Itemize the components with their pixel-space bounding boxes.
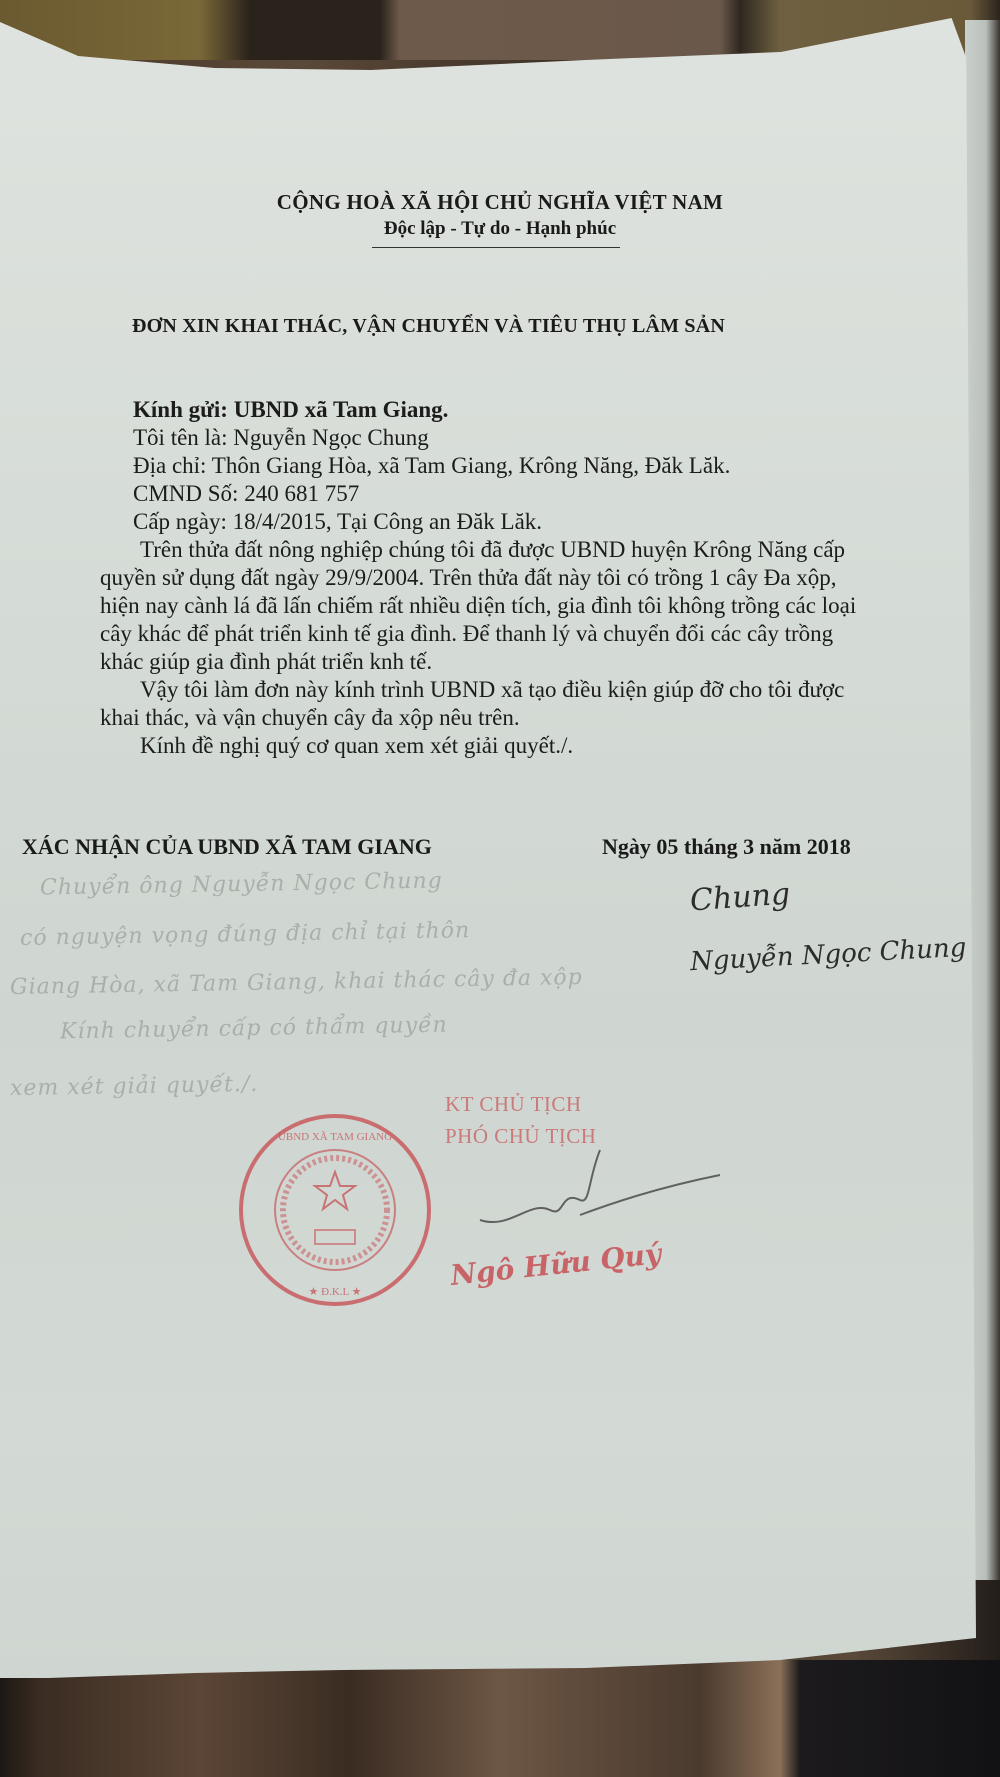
id-issued: Cấp ngày: 18/4/2015, Tại Công an Đăk Lăk… <box>133 508 542 536</box>
handwritten-note-line: Giang Hòa, xã Tam Giang, khai thác cây đ… <box>10 965 583 1000</box>
svg-text:★ Đ.K.L ★: ★ Đ.K.L ★ <box>309 1286 362 1298</box>
motto-underline <box>372 247 620 248</box>
applicant-id: CMND Số: 240 681 757 <box>133 480 359 508</box>
applicant-signature: Chung <box>689 877 791 919</box>
nation-header: CỘNG HOÀ XÃ HỘI CHỦ NGHĨA VIỆT NAM <box>0 190 1000 215</box>
official-seal-icon: UBND XÃ TAM GIANG ★ Đ.K.L ★ <box>235 1110 435 1310</box>
applicant-handwritten-name: Nguyễn Ngọc Chung <box>689 933 967 977</box>
body-line: khai thác, và vận chuyển cây đa xộp nêu … <box>100 704 520 732</box>
recipient-line: Kính gửi: UBND xã Tam Giang. <box>133 396 448 424</box>
svg-text:UBND XÃ TAM GIANG: UBND XÃ TAM GIANG <box>278 1131 392 1143</box>
handwritten-note-line: có nguyện vọng đúng địa chỉ tại thôn <box>20 918 471 951</box>
handwritten-note-line: Kính chuyển cấp có thẩm quyền <box>60 1013 448 1045</box>
applicant-address: Địa chỉ: Thôn Giang Hòa, xã Tam Giang, K… <box>133 452 730 480</box>
applicant-name: Tôi tên là: Nguyễn Ngọc Chung <box>133 424 429 452</box>
body-line: Kính đề nghị quý cơ quan xem xét giải qu… <box>140 732 573 760</box>
body-line: khác giúp gia đình phát triển knh tế. <box>100 648 432 676</box>
official-signature-icon <box>470 1130 730 1250</box>
body-line: hiện nay cành lá đã lấn chiếm rất nhiều … <box>100 592 856 620</box>
motto: Độc lập - Tự do - Hạnh phúc <box>0 218 1000 240</box>
handwritten-note-line: Chuyển ông Nguyễn Ngọc Chung <box>40 868 443 900</box>
handwritten-note-line: xem xét giải quyết./. <box>10 1072 259 1101</box>
body-line: Trên thửa đất nông nghiệp chúng tôi đã đ… <box>140 536 845 564</box>
body-line: cây khác để phát triển kinh tế gia đình.… <box>100 620 833 648</box>
document: CỘNG HOÀ XÃ HỘI CHỦ NGHĨA VIỆT NAM Độc l… <box>0 0 1000 1777</box>
date-line: Ngày 05 tháng 3 năm 2018 <box>602 834 851 860</box>
body-line: Vậy tôi làm đơn này kính trình UBND xã t… <box>140 676 844 704</box>
official-title-1: KT CHỦ TỊCH <box>445 1092 582 1117</box>
body-line: quyền sử dụng đất ngày 29/9/2004. Trên t… <box>100 564 837 592</box>
document-title: ĐƠN XIN KHAI THÁC, VẬN CHUYỂN VÀ TIÊU TH… <box>132 315 872 338</box>
confirmation-heading: XÁC NHẬN CỦA UBND XÃ TAM GIANG <box>22 834 432 860</box>
